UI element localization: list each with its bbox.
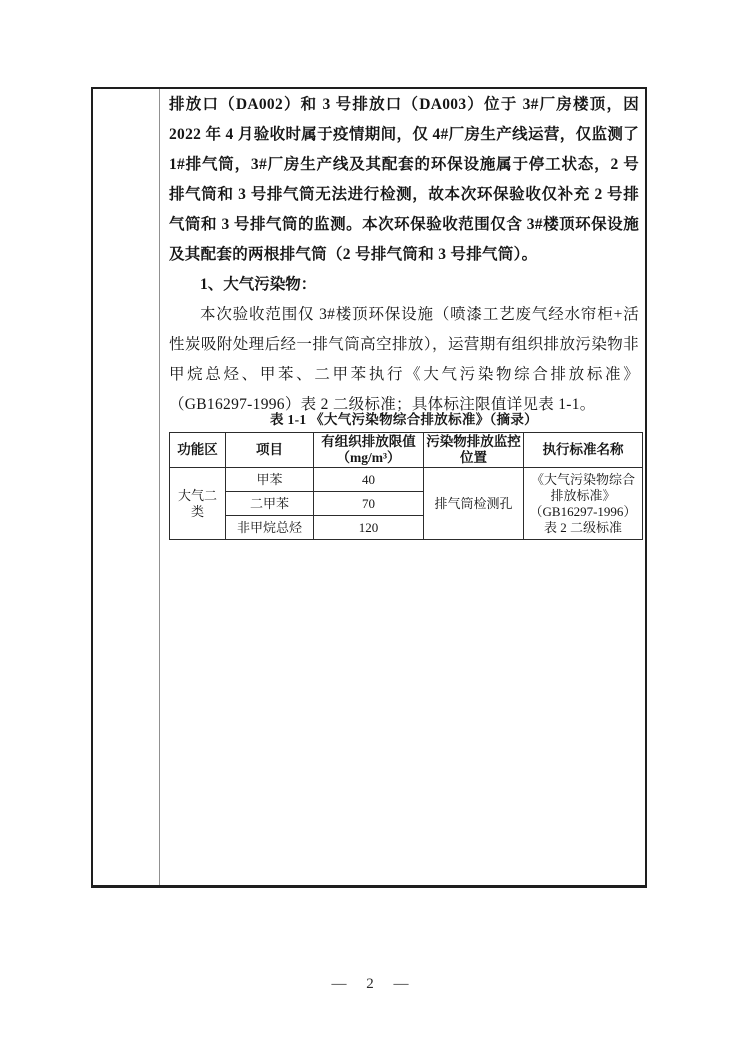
cell-item-nmhc: 非甲烷总烃 [226,516,314,540]
cell-limit-xylene: 70 [314,492,424,516]
table-header-row: 功能区 项目 有组织排放限值 （mg/m³） 污染物排放监控 位置 执行标准名称 [170,433,643,468]
cell-standard-name: 《大气污染物综合 排放标准》 （GB16297-1996） 表 2 二级标准 [524,468,643,540]
cell-item-xylene: 二甲苯 [226,492,314,516]
cell-limit-nmhc: 120 [314,516,424,540]
standards-table: 功能区 项目 有组织排放限值 （mg/m³） 污染物排放监控 位置 执行标准名称… [169,432,643,540]
header-item: 项目 [226,433,314,468]
table-row: 大气二类 甲苯 40 排气筒检测孔 《大气污染物综合 排放标准》 （GB1629… [170,468,643,492]
section-heading-air-pollutants: 1、大气污染物： [169,270,639,300]
cell-item-toluene: 甲苯 [226,468,314,492]
document-page: { "document": { "paragraph_continuation"… [0,0,740,1046]
cell-function-zone: 大气二类 [170,468,226,540]
cell-monitoring-position: 排气筒检测孔 [424,468,524,540]
paragraph-continuation: 排放口（DA002）和 3 号排放口（DA003）位于 3#厂房楼顶，因 202… [169,90,639,270]
page-number: — 2 — [0,976,740,993]
main-content-area: 排放口（DA002）和 3 号排放口（DA003）位于 3#厂房楼顶，因 202… [160,89,645,885]
cell-limit-toluene: 40 [314,468,424,492]
header-function-zone: 功能区 [170,433,226,468]
header-emission-limit: 有组织排放限值 （mg/m³） [314,433,424,468]
header-standard-name: 执行标准名称 [524,433,643,468]
left-stub-column [93,89,160,885]
paragraph-air-pollutants: 本次验收范围仅 3#楼顶环保设施（喷漆工艺废气经水帘柜+活性炭吸附处理后经一排气… [169,300,639,420]
header-monitoring-position: 污染物排放监控 位置 [424,433,524,468]
document-frame: 排放口（DA002）和 3 号排放口（DA003）位于 3#厂房楼顶，因 202… [91,87,647,888]
